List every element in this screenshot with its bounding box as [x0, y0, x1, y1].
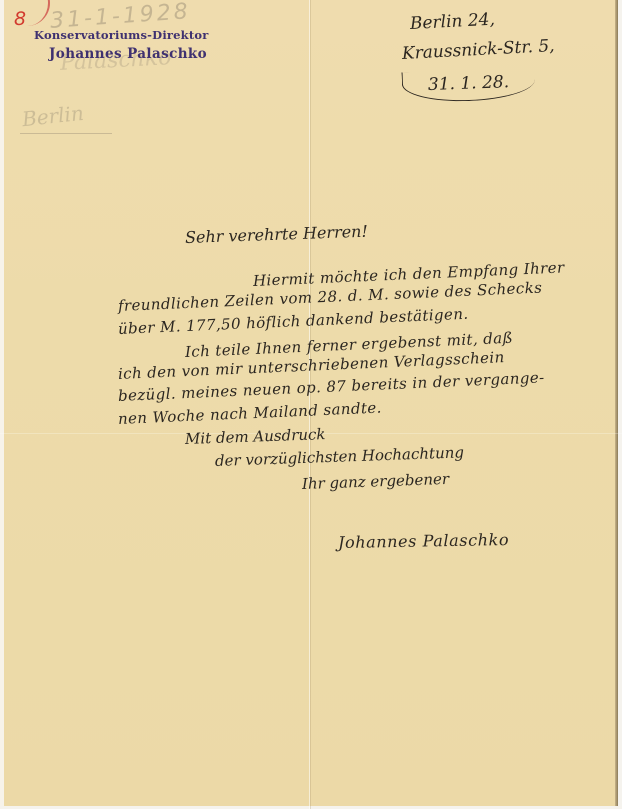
pencil-underline [20, 133, 112, 134]
scan-right-margin [618, 0, 622, 809]
address-street: Kraussnick-Str. 5, [401, 36, 555, 64]
pencil-city-annotation: Berlin [21, 101, 85, 131]
letterhead-title: Konservatoriums-Direktor [34, 28, 208, 42]
letterhead-name: Johannes Palaschko [49, 46, 208, 62]
letter-date: 31. 1. 28. [428, 72, 510, 95]
closing-line: Mit dem Ausdruck [185, 425, 326, 448]
closing-line: der vorzüglichsten Hochachtung [215, 443, 465, 470]
scan-left-margin [0, 0, 4, 809]
closing-line: Ihr ganz ergebener [302, 470, 450, 493]
letterhead-stamp: Konservatoriums-Direktor Johannes Palasc… [34, 28, 208, 62]
letter-page: 8 31-1-1928 Palaschko Berlin Konservator… [0, 0, 622, 809]
salutation: Sehr verehrte Herren! [185, 222, 369, 247]
archive-mark-arc [22, 0, 50, 26]
archive-number: 8 [14, 8, 26, 30]
signature: Johannes Palaschko [338, 530, 509, 552]
address-city: Berlin 24, [409, 10, 495, 34]
